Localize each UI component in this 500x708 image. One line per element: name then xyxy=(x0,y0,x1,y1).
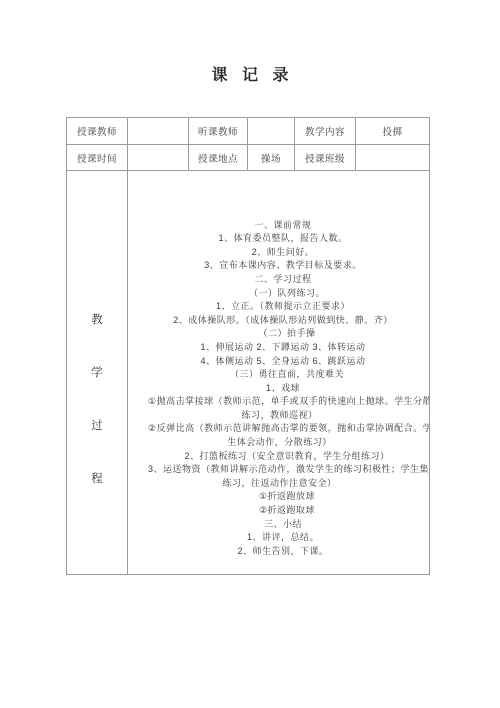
process-label-char: 教 xyxy=(91,312,103,328)
teacher-label: 授课教师 xyxy=(67,118,128,145)
content-line: 3、运送物资（教师讲解示范动作，激发学生的练习积极性；学生集体 xyxy=(131,463,426,477)
page-title-text: 课 记 录 xyxy=(212,67,294,84)
teaching-process-label: 教学过程 xyxy=(67,258,127,487)
process-label-char: 过 xyxy=(91,418,103,434)
content-line: 2、成体操队形。（成体操队形站列做到快、静、齐） xyxy=(131,314,426,328)
process-label-cell: 教学过程 xyxy=(67,171,128,575)
content-line: 2、打篮板练习（安全意识教育，学生分组练习） xyxy=(131,450,426,464)
location-label: 授课地点 xyxy=(189,145,248,171)
class-value xyxy=(356,145,430,171)
teacher-value xyxy=(128,118,189,145)
time-label: 授课时间 xyxy=(67,145,128,171)
content-line: 一、课前常规 xyxy=(131,219,426,233)
process-content-cell: 一、课前常规1、体育委员整队，报告人数。2、师生问好。3、宣布本课内容、教学目标… xyxy=(128,171,430,575)
page-title: 课 记 录 xyxy=(0,62,500,85)
content-line: 练习，教师巡视） xyxy=(131,409,426,423)
table-row: 授课时间 授课地点 操场 授课班级 xyxy=(67,145,430,171)
content-line: 二、学习过程 xyxy=(131,273,426,287)
location-value: 操场 xyxy=(248,145,295,171)
content-line: 3、宣布本课内容、教学目标及要求。 xyxy=(131,259,426,273)
content-line: 1、讲评，总结。 xyxy=(131,531,426,545)
subject-value: 投掷 xyxy=(356,118,430,145)
content-line: 生体会动作，分散练习） xyxy=(131,436,426,450)
content-line: ②折返跑取球 xyxy=(131,504,426,518)
content-line: 练习，往返动作注意安全） xyxy=(131,477,426,491)
content-line: 1、立正。（教师提示立正要求） xyxy=(131,300,426,314)
content-line: 1、伸展运动 2、下蹲运动 3、体转运动 xyxy=(131,341,426,355)
content-line: ①折返跑放球 xyxy=(131,490,426,504)
observer-label: 听课教师 xyxy=(189,118,248,145)
content-line: （二）拍手操 xyxy=(131,327,426,341)
content-line: 1、体育委员整队，报告人数。 xyxy=(131,232,426,246)
class-label: 授课班级 xyxy=(295,145,356,171)
process-label-char: 学 xyxy=(91,365,103,381)
subject-label: 教学内容 xyxy=(295,118,356,145)
content-line: 4、体侧运动 5、全身运动 6、跳跃运动 xyxy=(131,355,426,369)
content-line: 2、师生问好。 xyxy=(131,246,426,260)
table-row: 授课教师 听课教师 教学内容 投掷 xyxy=(67,118,430,145)
content-line: ①抛高击掌接球（教师示范，单手或双手的快速向上抛球。学生分散 xyxy=(131,395,426,409)
content-line: （一）队列练习。 xyxy=(131,287,426,301)
info-table: 授课教师 听课教师 教学内容 投掷 授课时间 授课地点 操场 授课班级 教学过程… xyxy=(66,117,430,575)
content-line: （三）勇往直前，共度难关 xyxy=(131,368,426,382)
observer-value xyxy=(248,118,295,145)
time-value xyxy=(128,145,189,171)
table-row: 教学过程 一、课前常规1、体育委员整队，报告人数。2、师生问好。3、宣布本课内容… xyxy=(67,171,430,575)
content-line: 2、师生告别，下课。 xyxy=(131,545,426,559)
process-label-char: 程 xyxy=(91,471,103,487)
lesson-content: 一、课前常规1、体育委员整队，报告人数。2、师生问好。3、宣布本课内容、教学目标… xyxy=(128,187,429,559)
content-line: 1、戏球 xyxy=(131,382,426,396)
document-sheet: 课 记 录 授课教师 听课教师 教学内容 投掷 授课时间 授课地点 操场 授课班… xyxy=(0,0,500,708)
content-line: ②反弹比高（教师示范讲解抛高击掌的要领，抛和击掌协调配合。学 xyxy=(131,422,426,436)
content-line: 三、小结 xyxy=(131,518,426,532)
